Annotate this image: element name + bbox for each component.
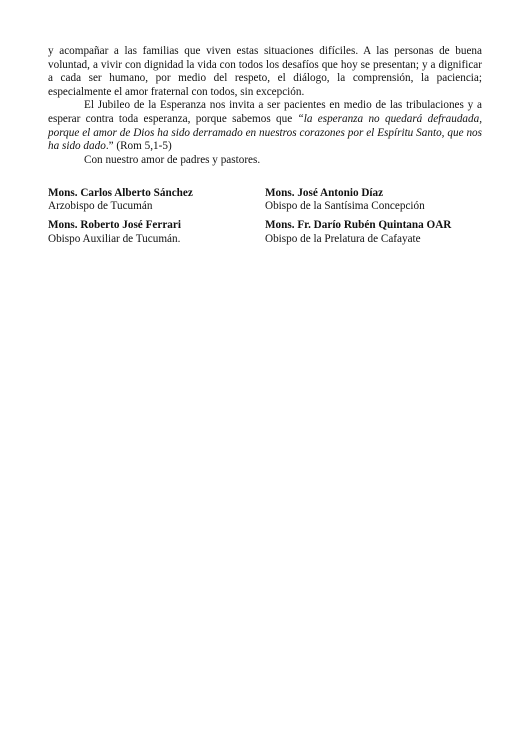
letter-body: y acompañar a las familias que viven est…	[48, 45, 482, 167]
signatory-title: Obispo Auxiliar de Tucumán.	[48, 233, 265, 246]
signature: Mons. Carlos Alberto Sánchez Arzobispo d…	[48, 187, 265, 213]
scripture-reference: .” (Rom 5,1-5)	[106, 140, 172, 152]
paragraph-jubilee: El Jubileo de la Esperanza nos invita a …	[48, 99, 482, 153]
signatory-name: Mons. Fr. Darío Rubén Quintana OAR	[265, 219, 485, 232]
signatory-title: Obispo de la Prelatura de Cafayate	[265, 233, 485, 246]
signatory-name: Mons. Carlos Alberto Sánchez	[48, 187, 265, 200]
signature: Mons. José Antonio Díaz Obispo de la San…	[265, 187, 485, 213]
signature: Mons. Roberto José Ferrari Obispo Auxili…	[48, 219, 265, 245]
signatory-title: Obispo de la Santísima Concepción	[265, 200, 485, 213]
signatory-name: Mons. Roberto José Ferrari	[48, 219, 265, 232]
signatory-title: Arzobispo de Tucumán	[48, 200, 265, 213]
signature-block: Mons. Carlos Alberto Sánchez Arzobispo d…	[48, 187, 488, 246]
signature: Mons. Fr. Darío Rubén Quintana OAR Obisp…	[265, 219, 485, 245]
closing-line: Con nuestro amor de padres y pastores.	[48, 154, 482, 168]
paragraph-families: y acompañar a las familias que viven est…	[48, 45, 482, 99]
signatory-name: Mons. José Antonio Díaz	[265, 187, 485, 200]
